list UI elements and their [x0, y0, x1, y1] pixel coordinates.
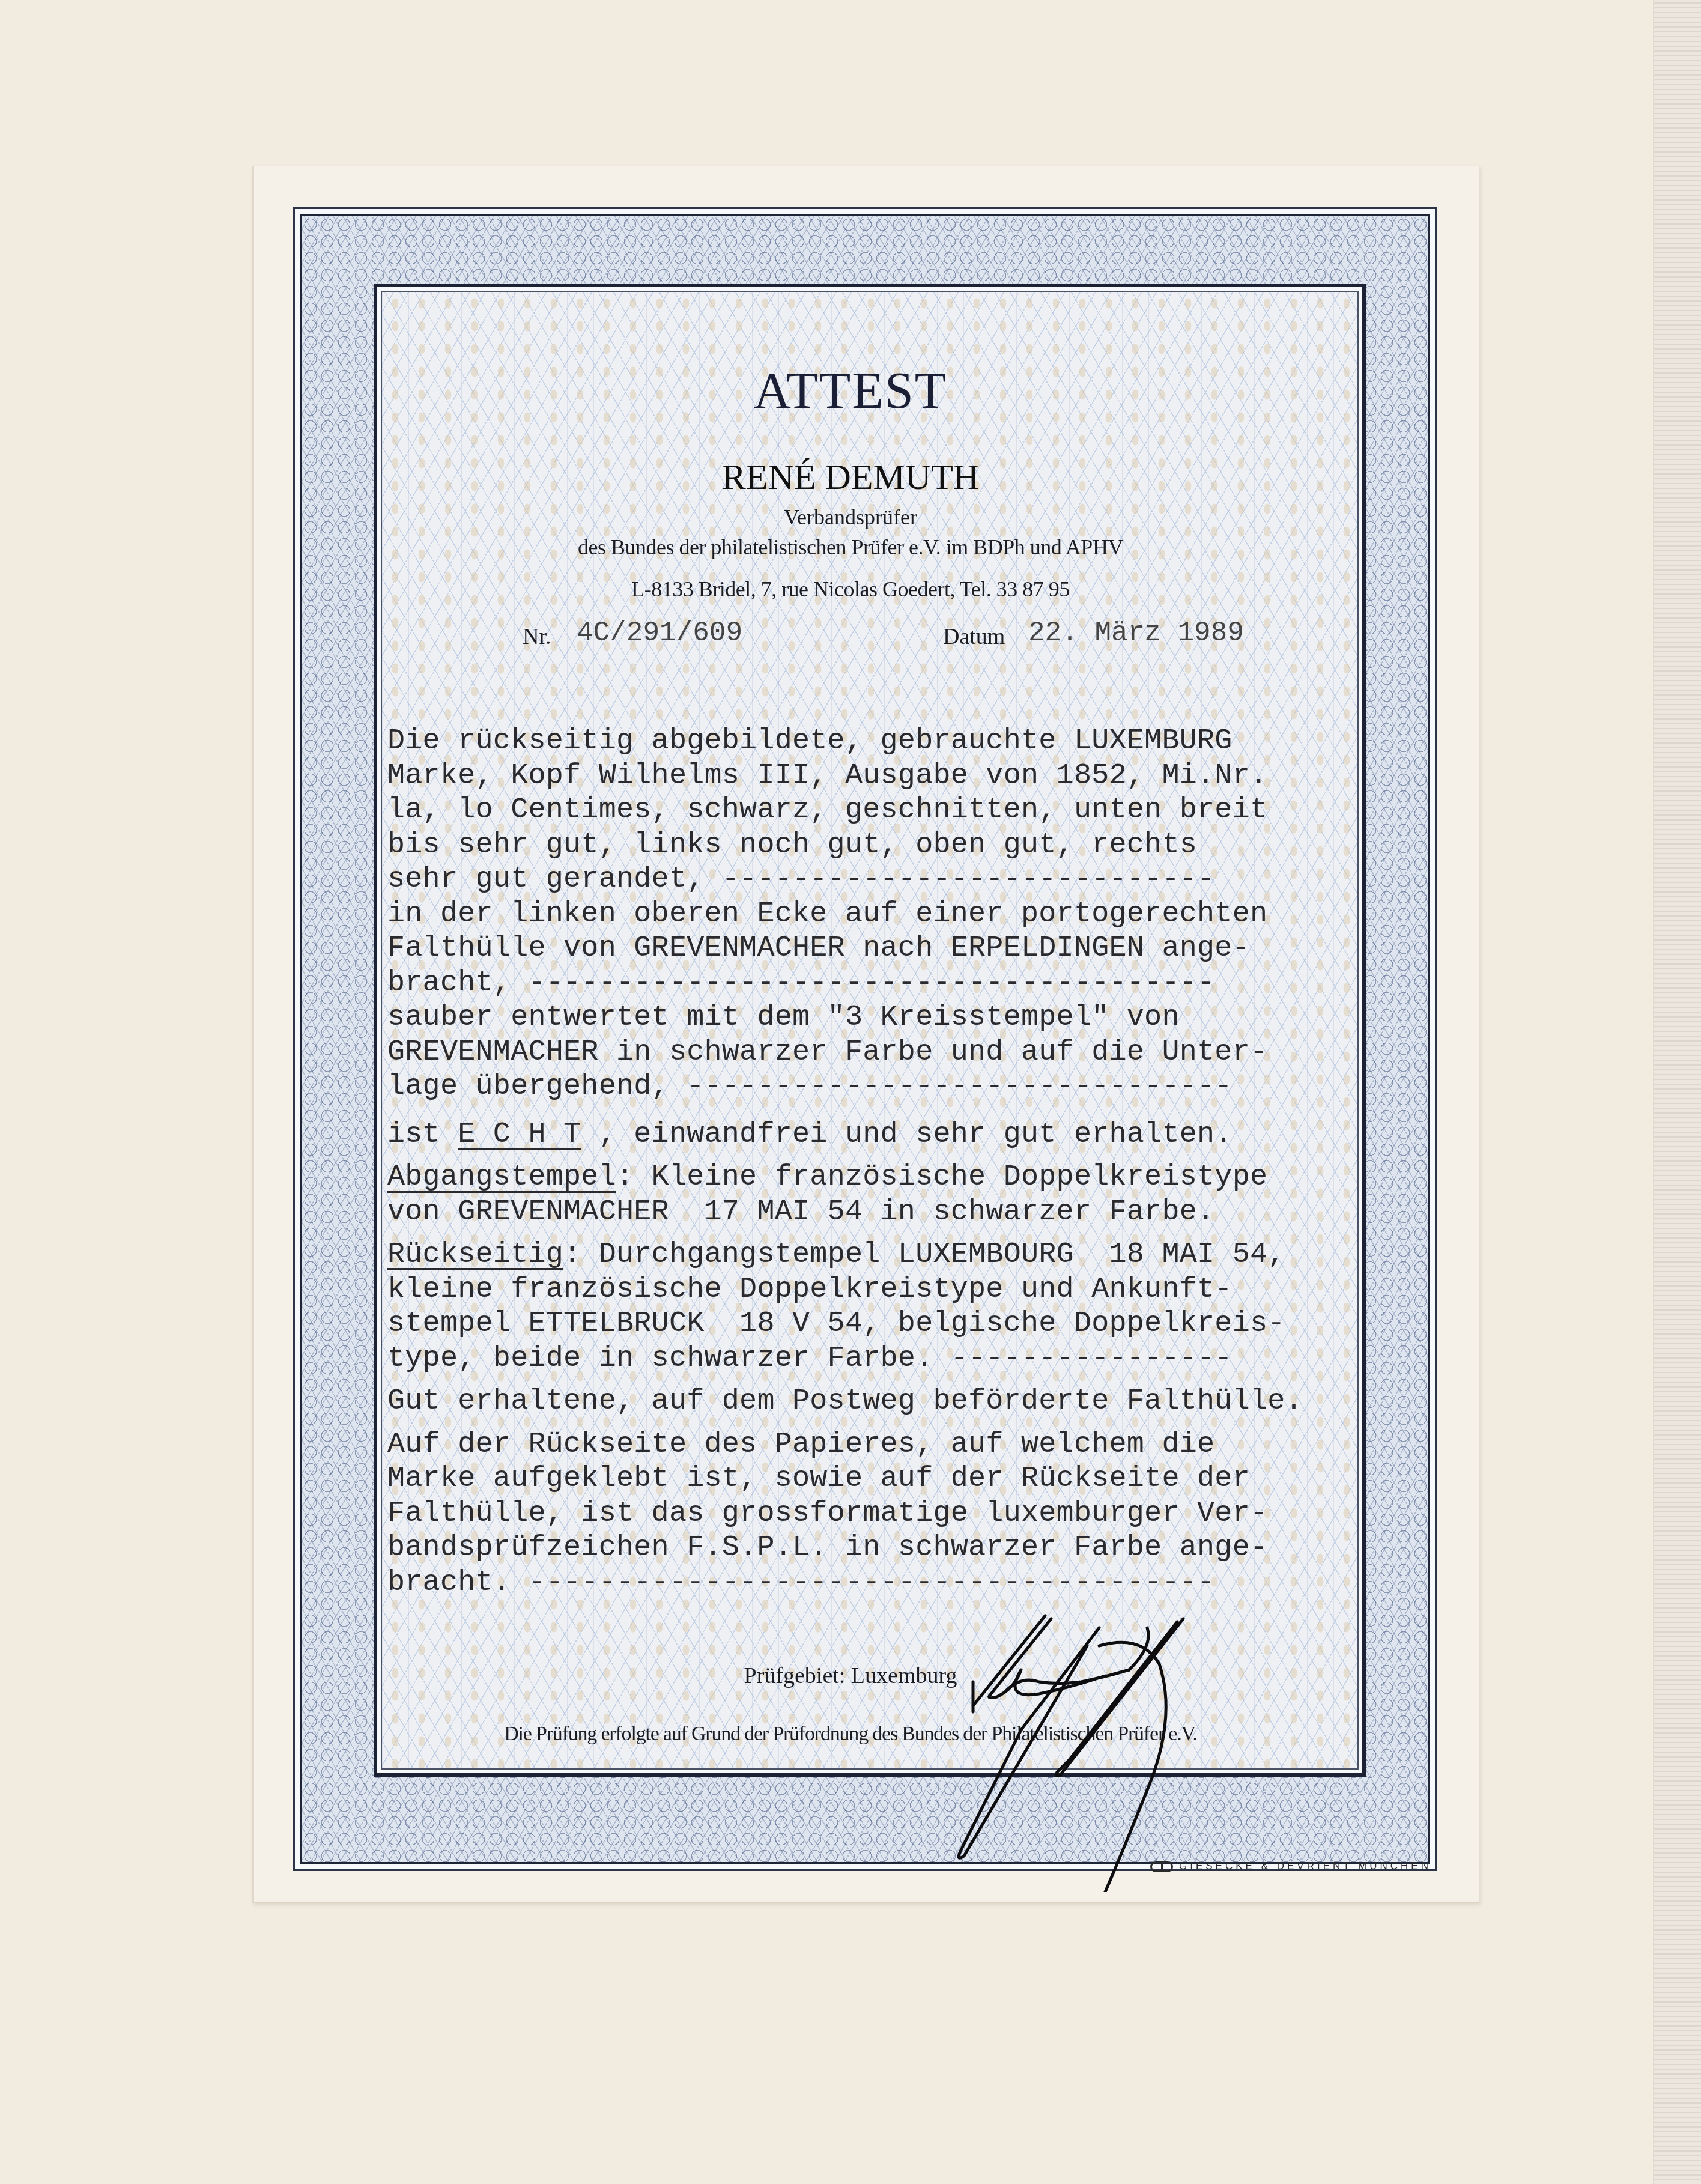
body-line: lage übergehend, -----------------------… — [387, 1069, 1360, 1104]
album-binding-strip — [1653, 0, 1701, 2184]
body-line: Auf der Rückseite des Papieres, auf welc… — [387, 1427, 1360, 1462]
departure-stamp-line: Abgangstempel: Kleine französische Doppe… — [387, 1160, 1360, 1195]
verdict-prefix: ist — [387, 1118, 458, 1151]
printer-name: GIESECKE & DEVRIENT MÜNCHEN — [1179, 1860, 1431, 1872]
body-line: bis sehr gut, links noch gut, oben gut, … — [387, 828, 1360, 863]
body-line: kleine französische Doppelkreistype und … — [387, 1272, 1360, 1307]
examiner-name: RENÉ DEMUTH — [0, 457, 1701, 498]
body-line: sehr gut gerandet, ---------------------… — [387, 862, 1360, 897]
body-line: Falthülle von GREVENMACHER nach ERPELDIN… — [387, 931, 1360, 966]
verdict-line: ist E C H T , einwandfrei und sehr gut e… — [387, 1117, 1360, 1152]
reverse-label: Rückseitig — [387, 1238, 563, 1271]
departure-text: : Kleine französische Doppelkreistype — [616, 1160, 1267, 1194]
regulation-note: Die Prüfung erfolgte auf Grund der Prüfo… — [0, 1723, 1701, 1746]
body-line: bandsprüfzeichen F.S.P.L. in schwarzer F… — [387, 1530, 1360, 1565]
verdict-word: E C H T — [458, 1118, 581, 1151]
body-line: Falthülle, ist das grossformatige luxemb… — [387, 1496, 1360, 1531]
body-line: type, beide in schwarzer Farbe. --------… — [387, 1341, 1360, 1376]
examiner-address: L-8133 Bridel, 7, rue Nicolas Goedert, T… — [0, 577, 1701, 602]
condition-line: Gut erhaltene, auf dem Postweg befördert… — [387, 1384, 1360, 1419]
body-line: Marke aufgeklebt ist, sowie auf der Rück… — [387, 1461, 1360, 1496]
body-line: bracht, --------------------------------… — [387, 966, 1360, 1001]
reverse-text: : Durchgangstempel LUXEMBOURG 18 MAI 54, — [563, 1238, 1285, 1271]
description-paragraph: Die rückseitig abgebildete, gebrauchte L… — [387, 724, 1360, 1104]
examiner-role: Verbandsprüfer — [0, 505, 1701, 530]
departure-stamp-line-2: von GREVENMACHER 17 MAI 54 in schwarzer … — [387, 1195, 1360, 1230]
body-line: Die rückseitig abgebildete, gebrauchte L… — [387, 724, 1360, 759]
body-line: la, lo Centimes, schwarz, geschnitten, u… — [387, 793, 1360, 828]
certificate-number-label: Nr. — [523, 623, 551, 650]
reverse-stamp-line: Rückseitig: Durchgangstempel LUXEMBOURG … — [387, 1237, 1360, 1272]
verdict-suffix: , einwandfrei und sehr gut erhalten. — [581, 1118, 1232, 1151]
date-value: 22. März 1989 — [1028, 617, 1244, 649]
body-line: sauber entwertet mit dem "3 Kreisstempel… — [387, 1000, 1360, 1035]
document-title: ATTEST — [0, 360, 1701, 420]
body-line: bracht. --------------------------------… — [387, 1565, 1360, 1600]
certificate-body: Die rückseitig abgebildete, gebrauchte L… — [387, 724, 1360, 1600]
association-line: des Bundes der philatelistischen Prüfer … — [0, 535, 1701, 560]
body-line: in der linken oberen Ecke auf einer port… — [387, 897, 1360, 932]
printer-imprint: GIESECKE & DEVRIENT MÜNCHEN — [1150, 1860, 1431, 1872]
departure-label: Abgangstempel — [387, 1160, 616, 1194]
body-line: stempel ETTELBRUCK 18 V 54, belgische Do… — [387, 1306, 1360, 1341]
date-label: Datum — [943, 623, 1005, 650]
body-line: GREVENMACHER in schwarzer Farbe und auf … — [387, 1035, 1360, 1070]
certificate-number-value: 4C/291/609 — [577, 617, 742, 649]
body-line: Marke, Kopf Wilhelms III, Ausgabe von 18… — [387, 759, 1360, 793]
gd-monogram-icon — [1150, 1861, 1173, 1872]
examination-area: Prüfgebiet: Luxemburg — [0, 1663, 1701, 1689]
